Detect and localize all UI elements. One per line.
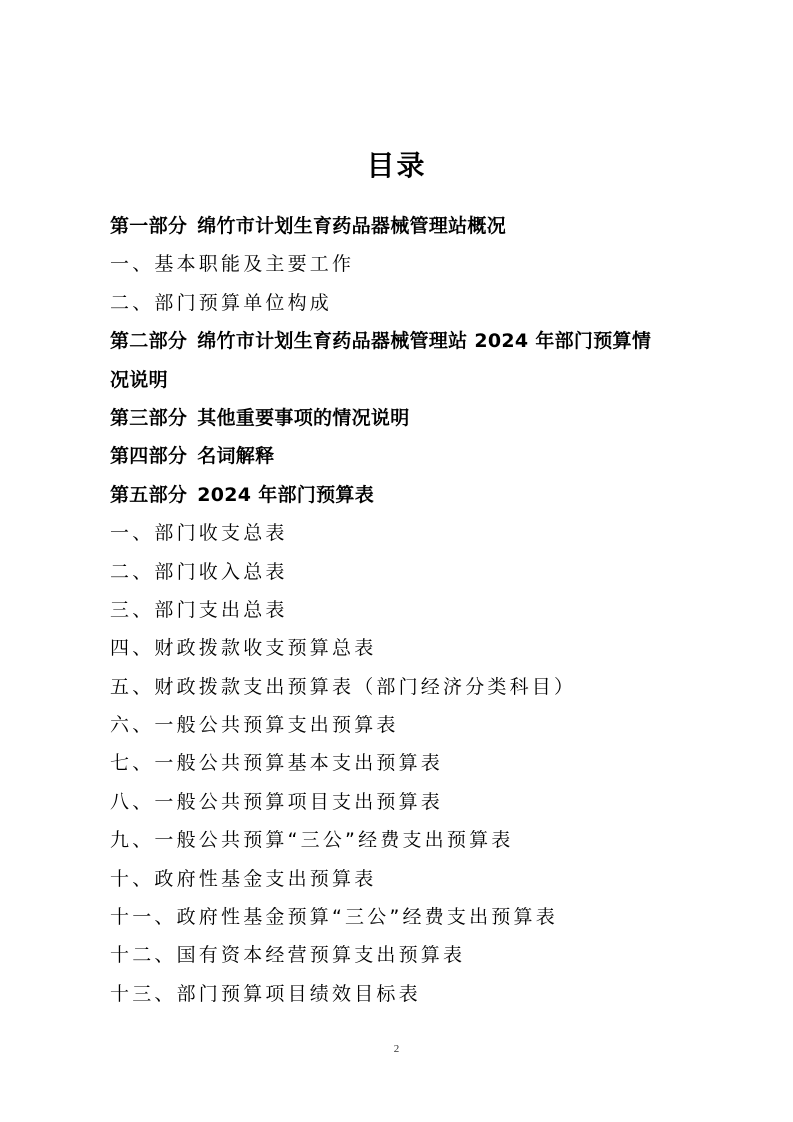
part-title: 绵竹市计划生育药品器械管理站概况 — [197, 215, 506, 237]
toc-item-table-13[interactable]: 十三、部门预算项目绩效目标表 — [110, 975, 710, 1013]
toc-item-table-3[interactable]: 三、部门支出总表 — [110, 591, 710, 629]
toc-part-2-continued[interactable]: 况说明 — [110, 361, 710, 399]
toc-part-4[interactable]: 第四部分名词解释 — [110, 437, 710, 475]
part-label: 第五部分 — [110, 484, 187, 506]
toc-part-2[interactable]: 第二部分绵竹市计划生育药品器械管理站 2024 年部门预算情 — [110, 322, 710, 360]
toc-item-basic-functions[interactable]: 一、基本职能及主要工作 — [110, 245, 710, 283]
toc-item-table-7[interactable]: 七、一般公共预算基本支出预算表 — [110, 744, 710, 782]
toc-item-table-6[interactable]: 六、一般公共预算支出预算表 — [110, 706, 710, 744]
toc-item-table-8[interactable]: 八、一般公共预算项目支出预算表 — [110, 783, 710, 821]
part-label: 第三部分 — [110, 407, 187, 429]
toc-item-table-9[interactable]: 九、一般公共预算“三公”经费支出预算表 — [110, 821, 710, 859]
part-title-line1: 绵竹市计划生育药品器械管理站 2024 年部门预算情 — [197, 330, 651, 352]
toc-item-table-4[interactable]: 四、财政拨款收支预算总表 — [110, 629, 710, 667]
toc-item-table-5[interactable]: 五、财政拨款支出预算表（部门经济分类科目） — [110, 668, 710, 706]
toc-item-table-11[interactable]: 十一、政府性基金预算“三公”经费支出预算表 — [110, 898, 710, 936]
toc-item-table-12[interactable]: 十二、国有资本经营预算支出预算表 — [110, 936, 710, 974]
document-page: 目录 第一部分绵竹市计划生育药品器械管理站概况 一、基本职能及主要工作 二、部门… — [0, 0, 793, 1122]
toc-item-budget-unit-composition[interactable]: 二、部门预算单位构成 — [110, 284, 710, 322]
part-title: 其他重要事项的情况说明 — [197, 407, 409, 429]
part-label: 第二部分 — [110, 330, 187, 352]
part-title: 2024 年部门预算表 — [197, 484, 374, 506]
part-title-line2: 况说明 — [110, 369, 168, 391]
part-label: 第四部分 — [110, 445, 187, 467]
toc-item-table-1[interactable]: 一、部门收支总表 — [110, 514, 710, 552]
toc-part-5[interactable]: 第五部分2024 年部门预算表 — [110, 476, 710, 514]
table-of-contents: 第一部分绵竹市计划生育药品器械管理站概况 一、基本职能及主要工作 二、部门预算单… — [110, 207, 710, 1013]
toc-title: 目录 — [0, 146, 793, 186]
page-number: 2 — [0, 1043, 793, 1055]
toc-part-1[interactable]: 第一部分绵竹市计划生育药品器械管理站概况 — [110, 207, 710, 245]
part-title: 名词解释 — [197, 445, 274, 467]
part-label: 第一部分 — [110, 215, 187, 237]
toc-item-table-10[interactable]: 十、政府性基金支出预算表 — [110, 860, 710, 898]
toc-item-table-2[interactable]: 二、部门收入总表 — [110, 553, 710, 591]
toc-part-3[interactable]: 第三部分其他重要事项的情况说明 — [110, 399, 710, 437]
